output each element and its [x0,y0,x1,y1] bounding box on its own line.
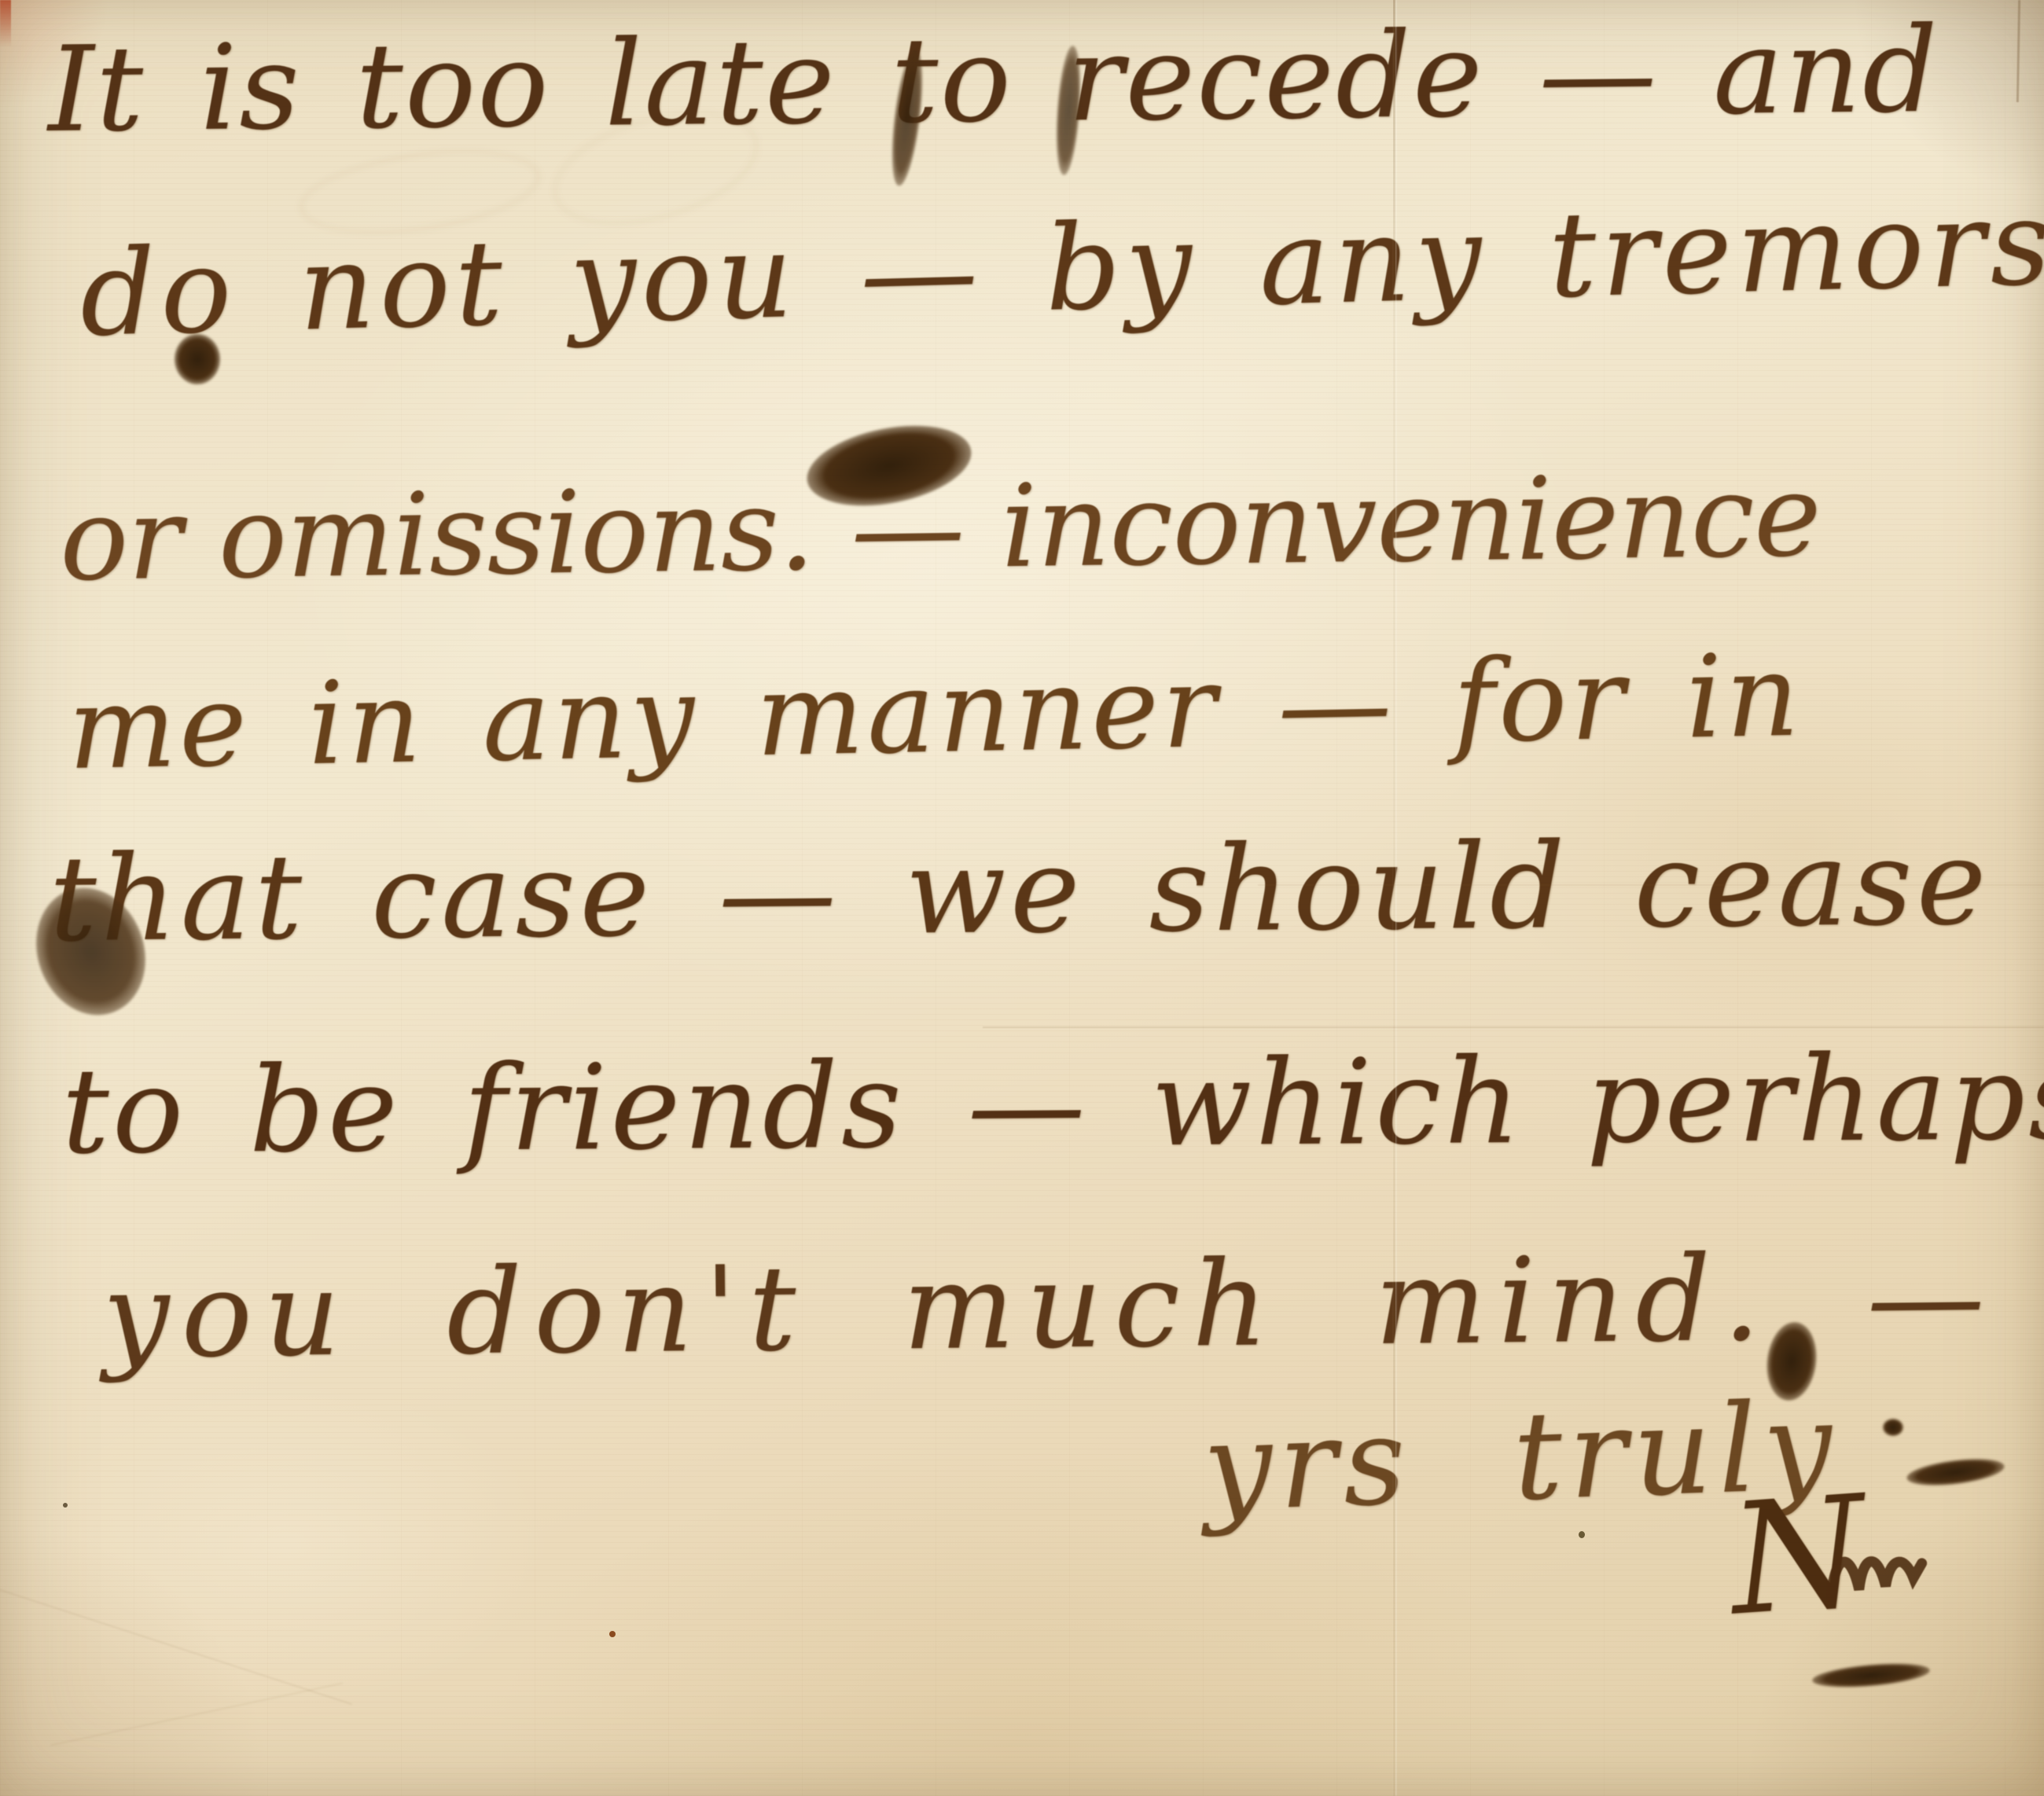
corner-crease [50,1683,343,1746]
letter-line-4: me in any manner — for in [67,639,1803,786]
horizontal-fold-crease [983,1027,2044,1028]
letter-line-5: that case — we should cease [49,824,1991,959]
foxing-speck [609,1631,616,1637]
letter-page: It is too late to recede — and do not yo… [0,0,2044,1796]
ink-dot [1883,1419,1903,1436]
paper-edge-right [2016,0,2020,102]
ink-blot [175,334,220,384]
letter-line-1: It is too late to recede — and [47,12,1940,149]
paper-edge-left-red [0,0,11,47]
signature-flourish [1822,1515,1945,1609]
signature: N [1726,1475,1870,1636]
signature-underline [1811,1660,1931,1691]
foxing-speck [63,1503,68,1508]
letter-line-7: you don't much mind. — [102,1238,1997,1375]
letter-line-6: to be friends — which perhaps [61,1039,2044,1171]
foxing-speck [1579,1531,1585,1538]
corner-crease [0,1582,352,1705]
signature-overbar [1906,1454,2006,1489]
